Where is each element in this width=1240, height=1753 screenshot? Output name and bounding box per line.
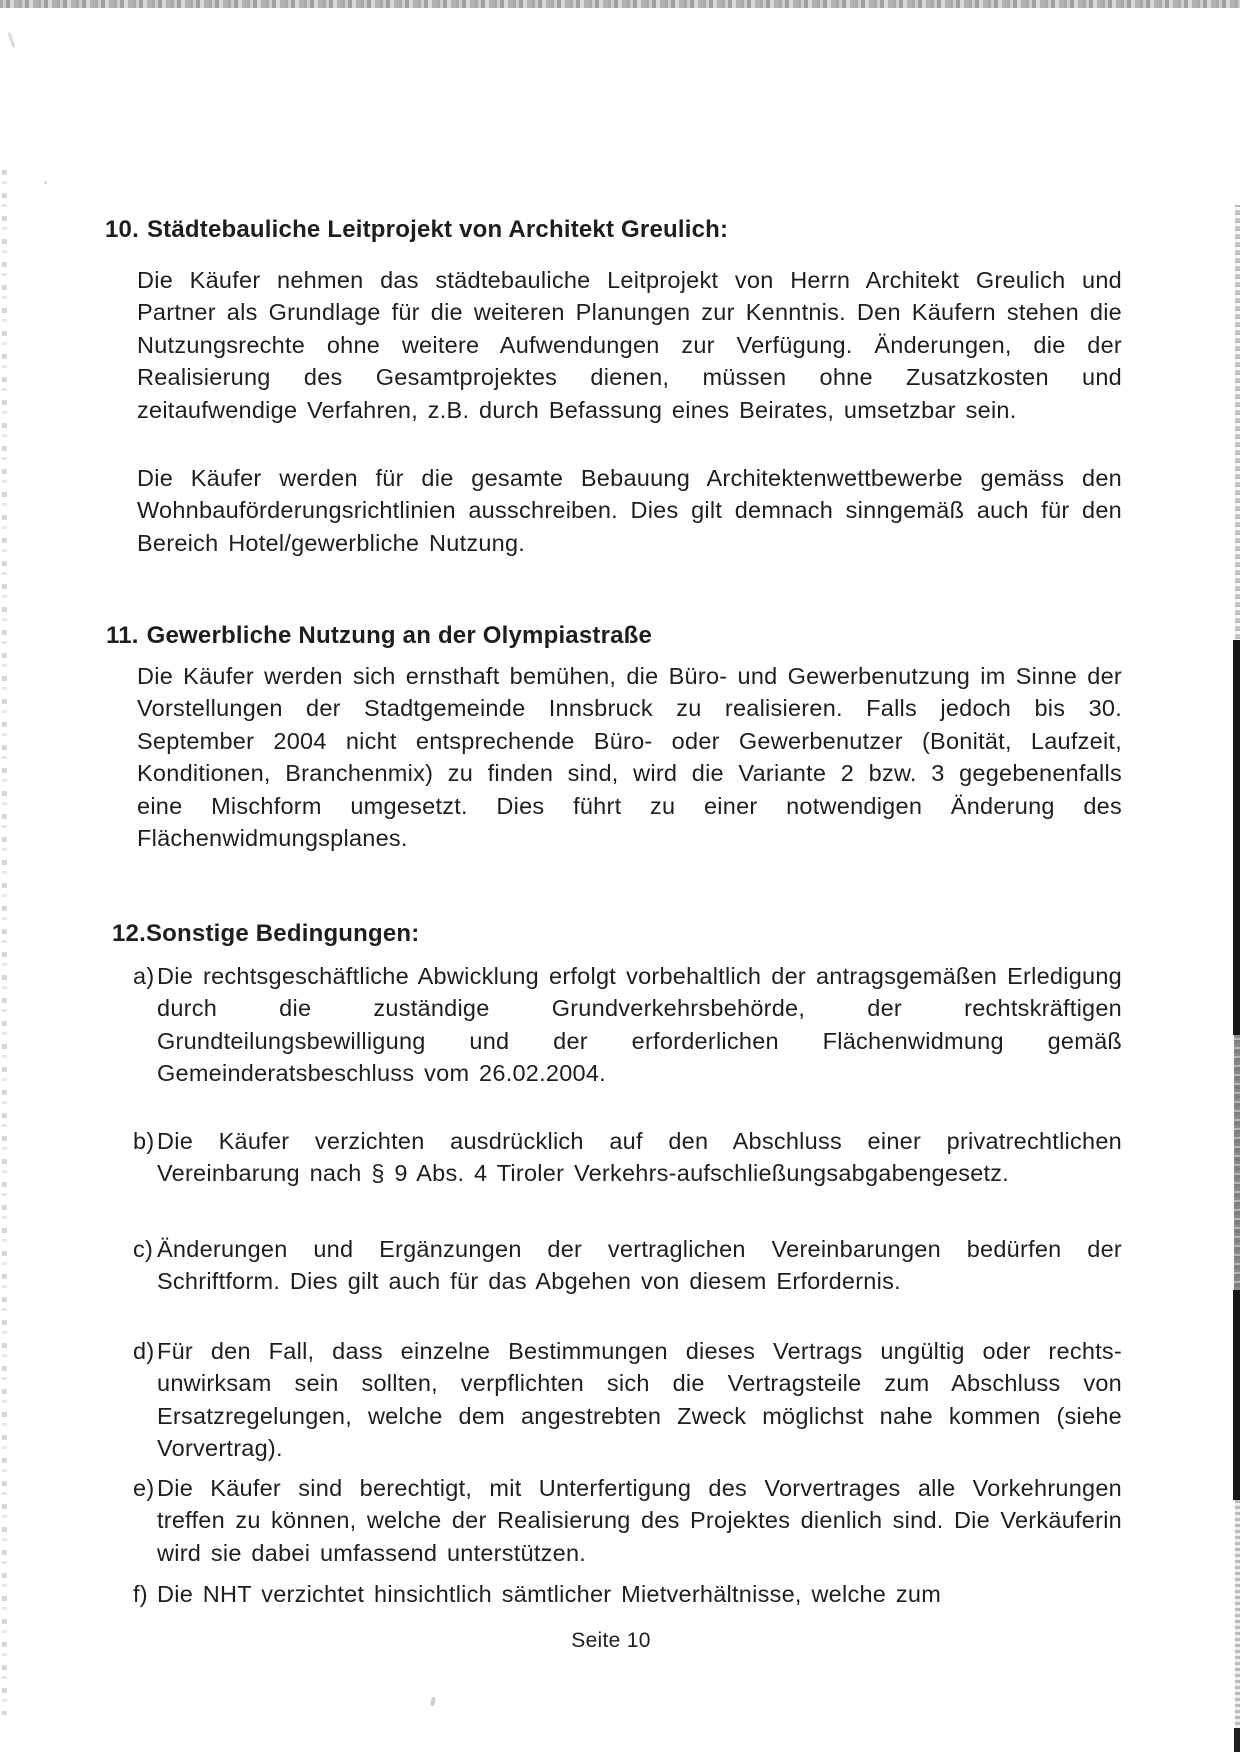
list-item-e: e) Die Käufer sind berechtigt, mit Unter…	[133, 1472, 1122, 1569]
item-c-label: c)	[133, 1233, 157, 1298]
scan-artifact-left-edge	[2, 170, 7, 1715]
item-d-text: Für den Fall, dass einzelne Bestimmungen…	[157, 1335, 1122, 1465]
section-10-paragraph-2: Die Käufer werden für die gesamte Bebauu…	[137, 462, 1122, 559]
page-number-footer: Seite 10	[0, 1629, 1222, 1653]
section-10-number: 10.	[105, 216, 139, 243]
scan-artifact-right-gray-upper	[1235, 205, 1240, 640]
list-item-f: f) Die NHT verzichtet hinsichtlich sämtl…	[133, 1578, 1122, 1610]
scan-artifact-right-black-bar-2	[1233, 1290, 1240, 1500]
scanned-contract-page: 10.Städtebauliche Leitprojekt von Archit…	[0, 0, 1240, 1753]
scan-speck	[44, 181, 47, 184]
scan-artifact-right-gray-lower	[1235, 1500, 1240, 1728]
item-b-label: b)	[133, 1125, 157, 1190]
item-a-text: Die rechtsgeschäftliche Abwicklung erfol…	[157, 960, 1122, 1090]
list-item-c: c) Änderungen und Ergänzungen der vertra…	[133, 1233, 1122, 1298]
item-f-text: Die NHT verzichtet hinsichtlich sämtlich…	[157, 1578, 1122, 1610]
section-12-heading: 12.Sonstige Bedingungen:	[112, 920, 420, 948]
section-10-title: Städtebauliche Leitprojekt von Architekt…	[147, 216, 728, 243]
scan-artifact-right-black-mark-bottom	[1234, 1728, 1240, 1752]
scan-artifact-right-edge	[1231, 0, 1240, 1753]
list-item-d: d) Für den Fall, dass einzelne Bestimmun…	[133, 1335, 1122, 1465]
item-b-text: Die Käufer verzichten ausdrücklich auf d…	[157, 1125, 1122, 1190]
section-12-number: 12.	[112, 920, 146, 947]
scan-speck	[8, 32, 16, 48]
item-c-text: Änderungen und Ergänzungen der vertragli…	[157, 1233, 1122, 1298]
scan-artifact-right-black-bar-1	[1233, 640, 1240, 1035]
section-11-number: 11.	[106, 622, 139, 649]
list-item-b: b) Die Käufer verzichten ausdrücklich au…	[133, 1125, 1122, 1190]
item-a-label: a)	[133, 960, 157, 1090]
item-d-label: d)	[133, 1335, 157, 1465]
section-11-heading: 11.Gewerbliche Nutzung an der Olympiastr…	[106, 622, 652, 650]
section-11-paragraph-1: Die Käufer werden sich ernsthaft bemühen…	[137, 660, 1122, 854]
scan-speck	[430, 1697, 436, 1707]
section-12-title: Sonstige Bedingungen:	[146, 920, 420, 947]
list-item-a: a) Die rechtsgeschäftliche Abwicklung er…	[133, 960, 1122, 1090]
item-e-label: e)	[133, 1472, 157, 1569]
item-f-label: f)	[133, 1578, 157, 1610]
section-10-paragraph-1: Die Käufer nehmen das städtebauliche Lei…	[137, 264, 1122, 426]
scan-artifact-top-edge	[0, 0, 1240, 8]
section-11-title: Gewerbliche Nutzung an der Olympiastraße	[147, 622, 652, 649]
item-e-text: Die Käufer sind berechtigt, mit Unterfer…	[157, 1472, 1122, 1569]
section-10-heading: 10.Städtebauliche Leitprojekt von Archit…	[105, 216, 728, 244]
scan-artifact-right-gray-middle	[1234, 1035, 1240, 1290]
